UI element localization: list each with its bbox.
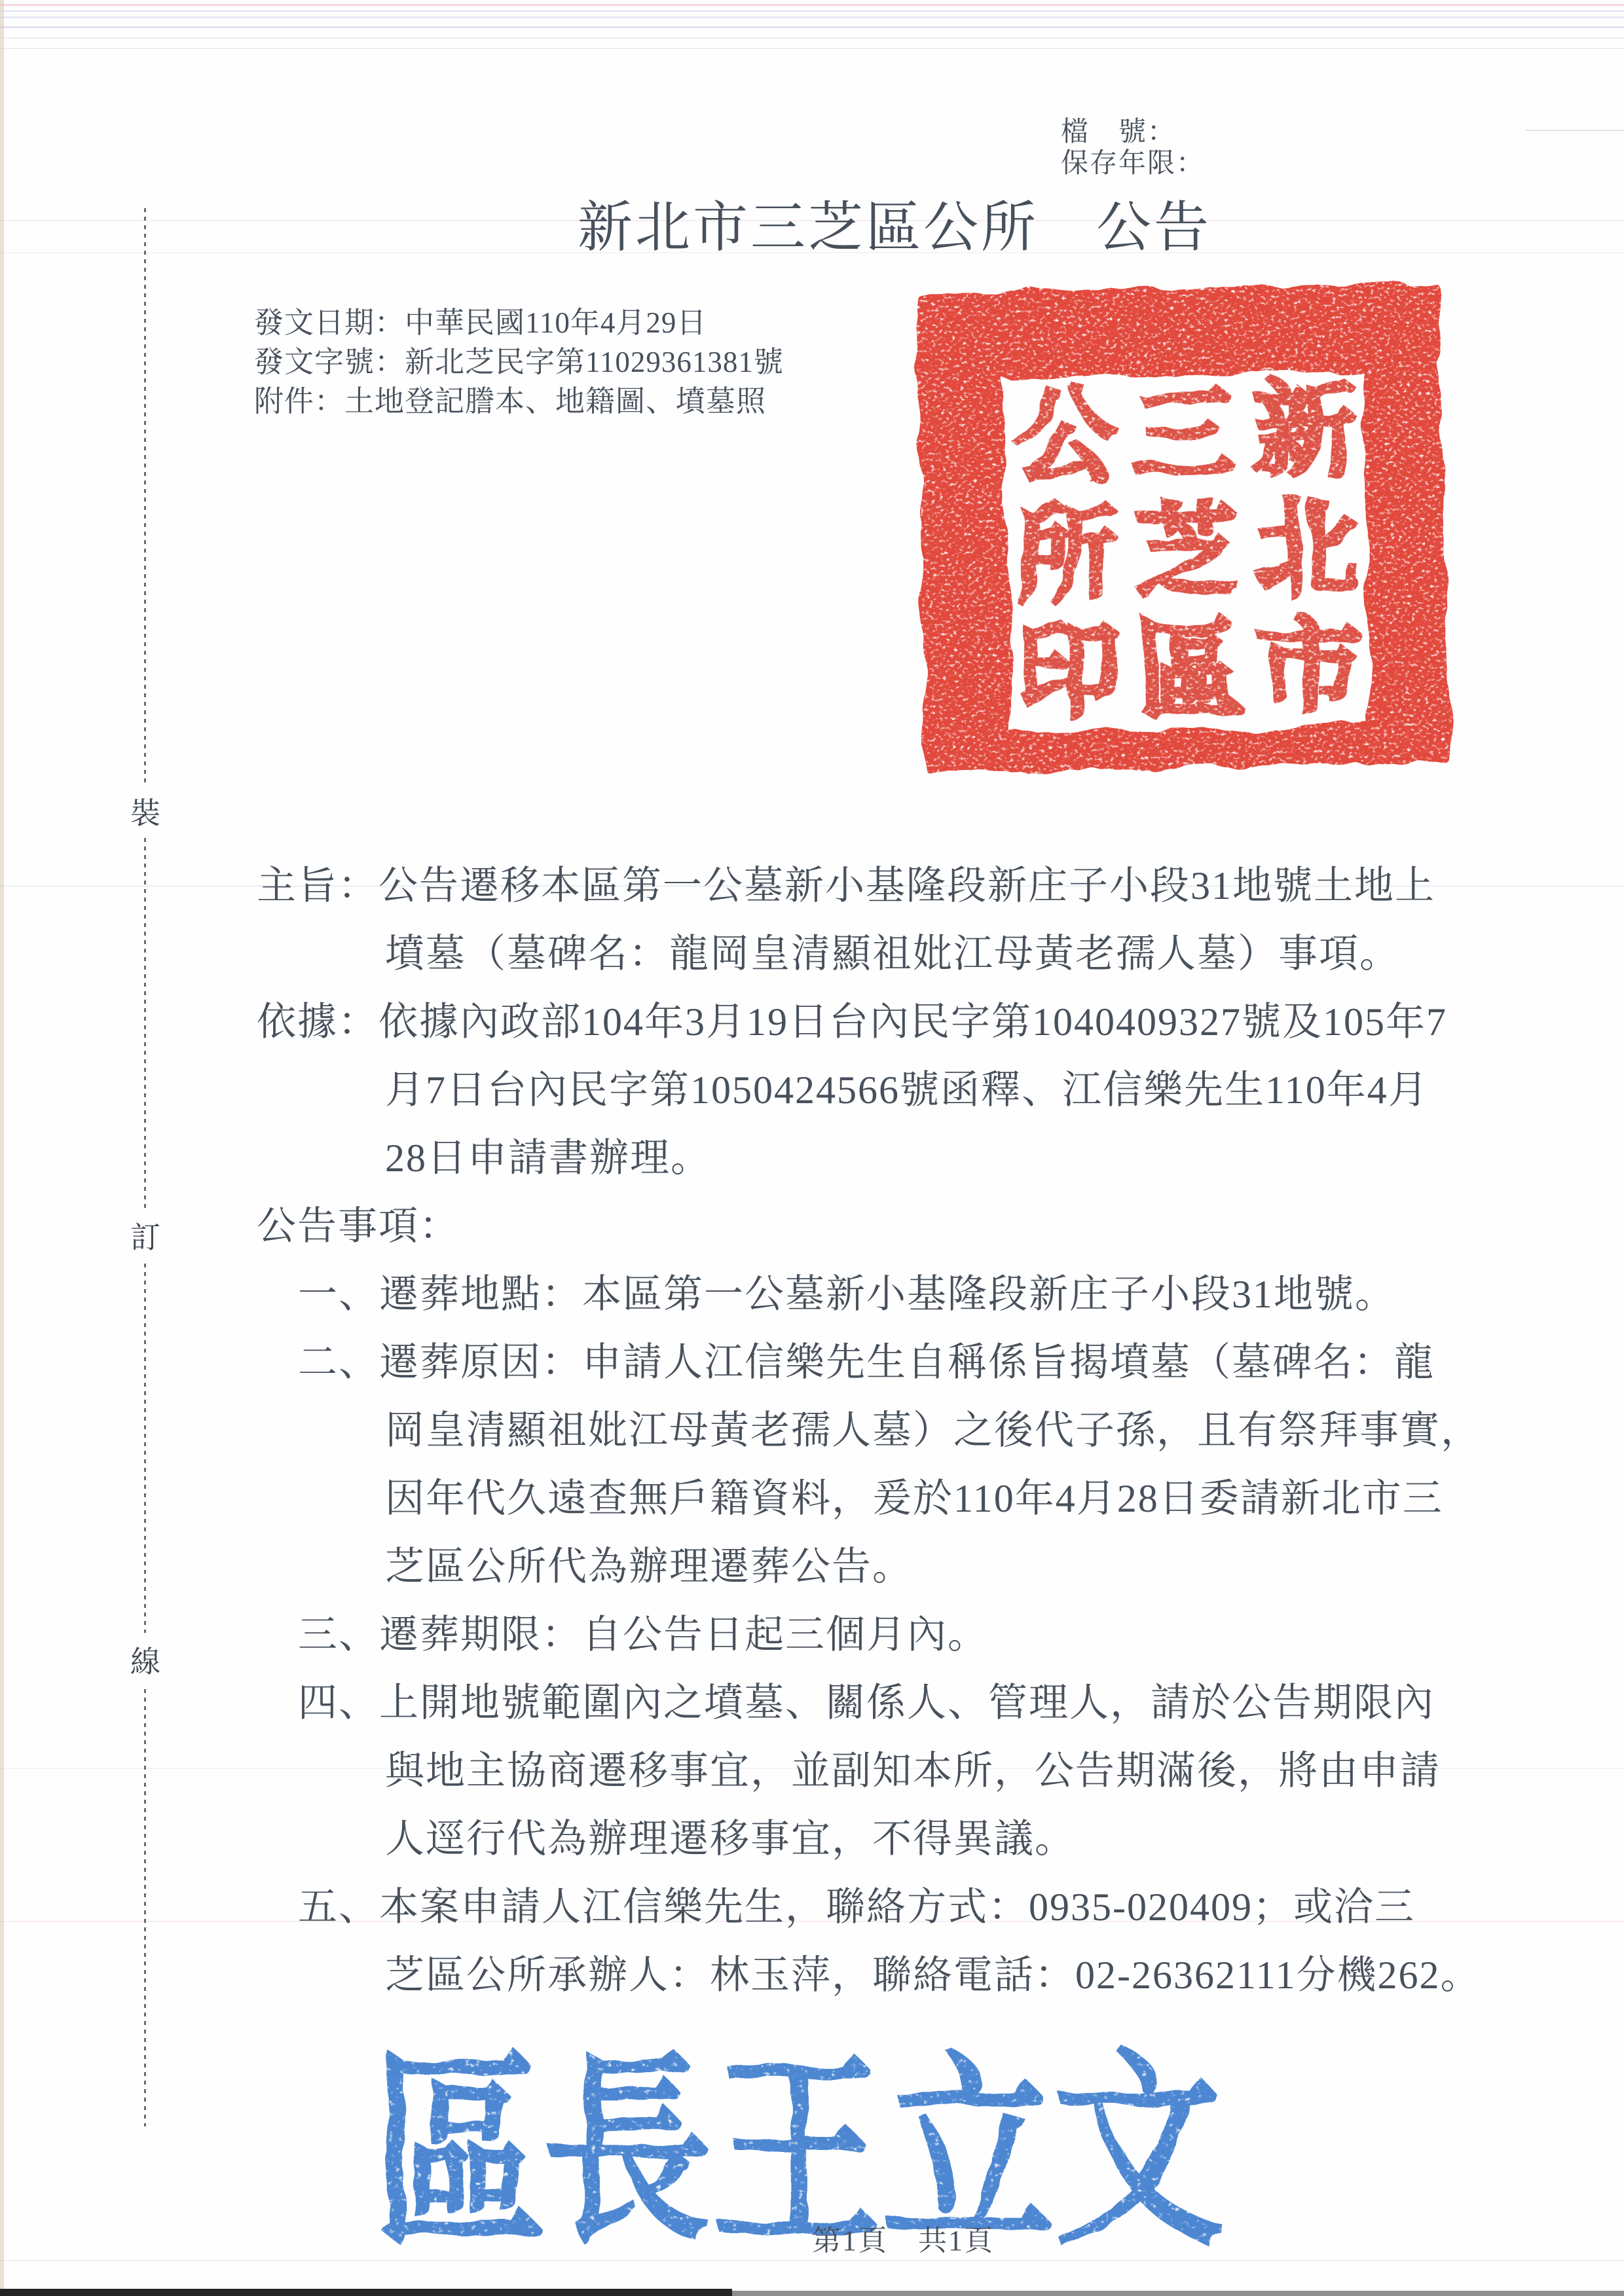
item-1-line: 一、遷葬地點：本區第一公墓新小基隆段新庄子小段31地號。 (298, 1263, 1395, 1319)
basis-line: 月7日台內民字第1050424566號函釋、江信樂先生110年4月 (385, 1059, 1429, 1115)
scan-artifact-line (0, 26, 1624, 28)
seal-char: 芝 (1134, 491, 1240, 614)
item-3-line: 三、遷葬期限：自公告日起三個月內。 (298, 1603, 988, 1660)
scan-artifact-line (1526, 130, 1624, 131)
seal-char: 三 (1132, 373, 1238, 496)
item-5-line: 芝區公所承辦人：林玉萍，聯絡電話：02-26362111分機262。 (385, 1944, 1481, 2000)
signature-text: 區長王立文 (373, 2029, 1225, 2274)
seal-char: 北 (1255, 488, 1361, 611)
binding-mark-zhuang: 裝 (127, 784, 164, 838)
announcement-items-heading: 公告事項： (257, 1195, 460, 1251)
scan-artifact-line (0, 4, 1624, 6)
official-seal-stamp: 新 北 市 三 芝 區 公 所 印 (912, 274, 1456, 782)
subject-line: 墳墓（墓碑名：龍岡皇清顯祖妣江母黃老孺人墓）事項。 (385, 922, 1400, 979)
item-5-line: 五、本案申請人江信樂先生，聯絡方式：0935-020409；或洽三 (298, 1876, 1415, 1932)
retention-period-label: 保存年限： (1061, 141, 1205, 181)
seal-char: 所 (1014, 494, 1120, 617)
scan-edge-left (0, 0, 4, 2296)
district-chief-signature-stamp: 區長王立文 (361, 2028, 1236, 2277)
basis-line: 28日申請書辦理。 (385, 1127, 711, 1183)
page-indicator: 第1頁 共1頁 (812, 2217, 994, 2259)
scan-edge-bottom-light (732, 2291, 1624, 2296)
item-2-line: 岡皇清顯祖妣江母黃老孺人墓）之後代子孫，且有祭拜事實， (385, 1399, 1481, 1455)
seal-char: 區 (1137, 609, 1243, 732)
item-2-line: 芝區公所代為辦理遷葬公告。 (385, 1535, 913, 1592)
attachment-line: 附件：土地登記謄本、地籍圖、墳墓照 (254, 377, 766, 420)
scan-artifact-line (0, 48, 1624, 49)
item-2-line: 二、遷葬原因：申請人江信樂先生自稱係旨揭墳墓（墓碑名：龍 (298, 1331, 1435, 1387)
scanned-announcement-page: 裝 訂 線 檔 號： 保存年限： 新北市三芝區公所 公告 發文日期：中華民國11… (0, 0, 1624, 2296)
item-2-line: 因年代久遠查無戶籍資料，爰於110年4月28日委請新北市三 (385, 1467, 1443, 1523)
seal-char: 印 (1016, 611, 1122, 735)
binding-mark-ding: 訂 (127, 1209, 164, 1262)
binding-dotted-line (144, 208, 146, 2126)
seal-char: 公 (1011, 376, 1117, 499)
binding-mark-xian: 線 (127, 1633, 164, 1686)
scan-artifact-line (0, 16, 1624, 18)
issue-ref-number-line: 發文字號：新北芝民字第11029361381號 (254, 338, 784, 380)
seal-char: 新 (1252, 371, 1358, 494)
scan-artifact-line (0, 10, 1624, 12)
scan-artifact-line (0, 37, 1624, 39)
scan-edge-bottom-dark (0, 2289, 732, 2296)
page-title: 新北市三芝區公所 公告 (578, 183, 1211, 263)
item-4-line: 與地主協商遷移事宜，並副知本所，公告期滿後，將由申請 (385, 1740, 1441, 1796)
item-4-line: 人逕行代為辦理遷移事宜，不得異議。 (385, 1808, 1075, 1864)
item-4-line: 四、上開地號範圍內之墳墓、關係人、管理人，請於公告期限內 (298, 1671, 1435, 1728)
subject-line: 主旨：公告遷移本區第一公墓新小基隆段新庄子小段31地號土地上 (257, 854, 1435, 911)
issue-date-line: 發文日期：中華民國110年4月29日 (254, 299, 707, 341)
seal-char: 市 (1257, 606, 1363, 729)
basis-line: 依據：依據內政部104年3月19日台內民字第1040409327號及105年7 (257, 991, 1447, 1047)
